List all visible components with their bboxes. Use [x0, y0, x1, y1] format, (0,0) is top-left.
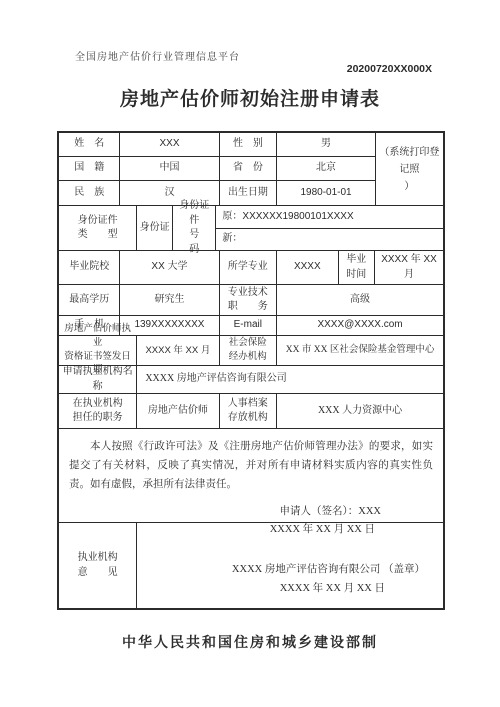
application-table: 姓 名 XXX 性 别 男 国 籍 中国 省 份 北京 民 族 汉 出生日期 1… — [57, 131, 445, 610]
agency-name-value: XXXX 房地产评估咨询有限公司 — [137, 366, 443, 393]
table-row: 身份证件 类 型 身份证 身份证件 号 码 原： XXXXXX19800101X… — [59, 206, 443, 251]
photo-placeholder: （系统打印登 记照 ） — [376, 133, 443, 205]
major-label: 所学专业 — [220, 251, 278, 284]
province-value: 北京 — [277, 157, 376, 180]
position-label: 在执业机构 担任的职务 — [59, 394, 137, 428]
cert-issue-date-label: 房地产估价师执业 资格证书签发日期 — [59, 336, 137, 365]
position-value: 房地产估价师 — [137, 394, 219, 428]
id-old-value: XXXXXX19800101XXXX — [242, 210, 353, 225]
nationality-label: 国 籍 — [59, 157, 120, 180]
id-type-label: 身份证件 类 型 — [59, 206, 137, 250]
platform-name: 全国房地产估价行业管理信息平台 — [75, 48, 240, 63]
social-insurance-value: XX 市 XX 区社会保险基金管理中心 — [277, 336, 443, 365]
graduation-time-value: XXXX 年 XX 月 — [375, 251, 443, 284]
graduate-school-value: XX 大学 — [120, 251, 219, 284]
table-row: 最高学历 研究生 专业技术 职 务 高级 — [59, 285, 443, 316]
table-row: 毕业院校 XX 大学 所学专业 XXXX 毕业 时间 XXXX 年 XX 月 — [59, 251, 443, 285]
agency-seal-line: XXXX 房地产评估咨询有限公司 （盖章） — [232, 562, 425, 577]
birth-date-label: 出生日期 — [220, 181, 278, 205]
highest-education-label: 最高学历 — [59, 285, 120, 315]
table-row: 国 籍 中国 省 份 北京 — [59, 157, 376, 181]
issuing-authority: 中华人民共和国住房和城乡建设部制 — [0, 632, 500, 652]
agency-opinion-value: XXXX 房地产评估咨询有限公司 （盖章） XXXX 年 XX 月 XX 日 — [137, 523, 443, 608]
table-row: 姓 名 XXX 性 别 男 — [59, 133, 376, 157]
birth-date-value: 1980-01-01 — [277, 181, 376, 205]
email-value: XXXX@XXXX.com — [277, 316, 443, 335]
applicant-signature-line: 申请人（签名）：XXX — [69, 503, 433, 518]
table-row: 民 族 汉 出生日期 1980-01-01 — [59, 181, 376, 205]
nationality-value: 中国 — [120, 157, 219, 180]
personnel-archive-label: 人事档案 存放机构 — [220, 394, 278, 428]
highest-education-value: 研究生 — [120, 285, 219, 315]
province-label: 省 份 — [220, 157, 278, 180]
name-value: XXX — [120, 133, 219, 156]
id-type-value: 身份证 — [137, 206, 173, 250]
name-label: 姓 名 — [59, 133, 120, 156]
ethnicity-label: 民 族 — [59, 181, 120, 205]
declaration-text: 本人按照《行政许可法》及《注册房地产估价师管理办法》的要求，如实提交了有关材料，… — [69, 438, 433, 495]
cert-issue-date-value: XXXX 年 XX 月 — [137, 336, 219, 365]
table-row: 申请执业机构名称 XXXX 房地产评估咨询有限公司 — [59, 366, 443, 394]
agency-opinion-label: 执业机构 意 见 — [59, 523, 137, 608]
id-number-value-box: 原： XXXXXX19800101XXXX 新： — [216, 206, 443, 250]
declaration-section: 本人按照《行政许可法》及《注册房地产估价师管理办法》的要求，如实提交了有关材料，… — [59, 429, 443, 523]
professional-title-label: 专业技术 职 务 — [220, 285, 278, 315]
major-value: XXXX — [277, 251, 338, 284]
professional-title-value: 高级 — [277, 285, 443, 315]
personnel-archive-value: XXX 人力资源中心 — [277, 394, 443, 428]
agency-opinion-section: 执业机构 意 见 XXXX 房地产评估咨询有限公司 （盖章） XXXX 年 XX… — [59, 523, 443, 608]
gender-value: 男 — [277, 133, 376, 156]
id-old-prefix: 原： — [222, 210, 242, 225]
table-row: 房地产估价师执业 资格证书签发日期 XXXX 年 XX 月 社会保险 经办机构 … — [59, 336, 443, 366]
graduate-school-label: 毕业院校 — [59, 251, 120, 284]
email-label: E-mail — [220, 316, 278, 335]
page-title: 房地产估价师初始注册申请表 — [0, 84, 500, 111]
agency-name-label: 申请执业机构名称 — [59, 366, 137, 393]
id-number-label: 身份证件 号 码 — [173, 206, 216, 250]
social-insurance-label: 社会保险 经办机构 — [220, 336, 278, 365]
application-form-document: { "header": { "platform": "全国房地产估价行业管理信息… — [0, 0, 500, 707]
graduation-time-label: 毕业 时间 — [339, 251, 375, 284]
form-number: 20200720XX000X — [347, 63, 432, 75]
mobile-value: 139XXXXXXXX — [120, 316, 219, 335]
basic-info-section: 姓 名 XXX 性 别 男 国 籍 中国 省 份 北京 民 族 汉 出生日期 1… — [59, 133, 443, 206]
agency-date-line: XXXX 年 XX 月 XX 日 — [280, 581, 385, 596]
table-row: 在执业机构 担任的职务 房地产估价师 人事档案 存放机构 XXX 人力资源中心 — [59, 394, 443, 429]
id-new-prefix: 新： — [222, 232, 242, 247]
gender-label: 性 别 — [220, 133, 278, 156]
